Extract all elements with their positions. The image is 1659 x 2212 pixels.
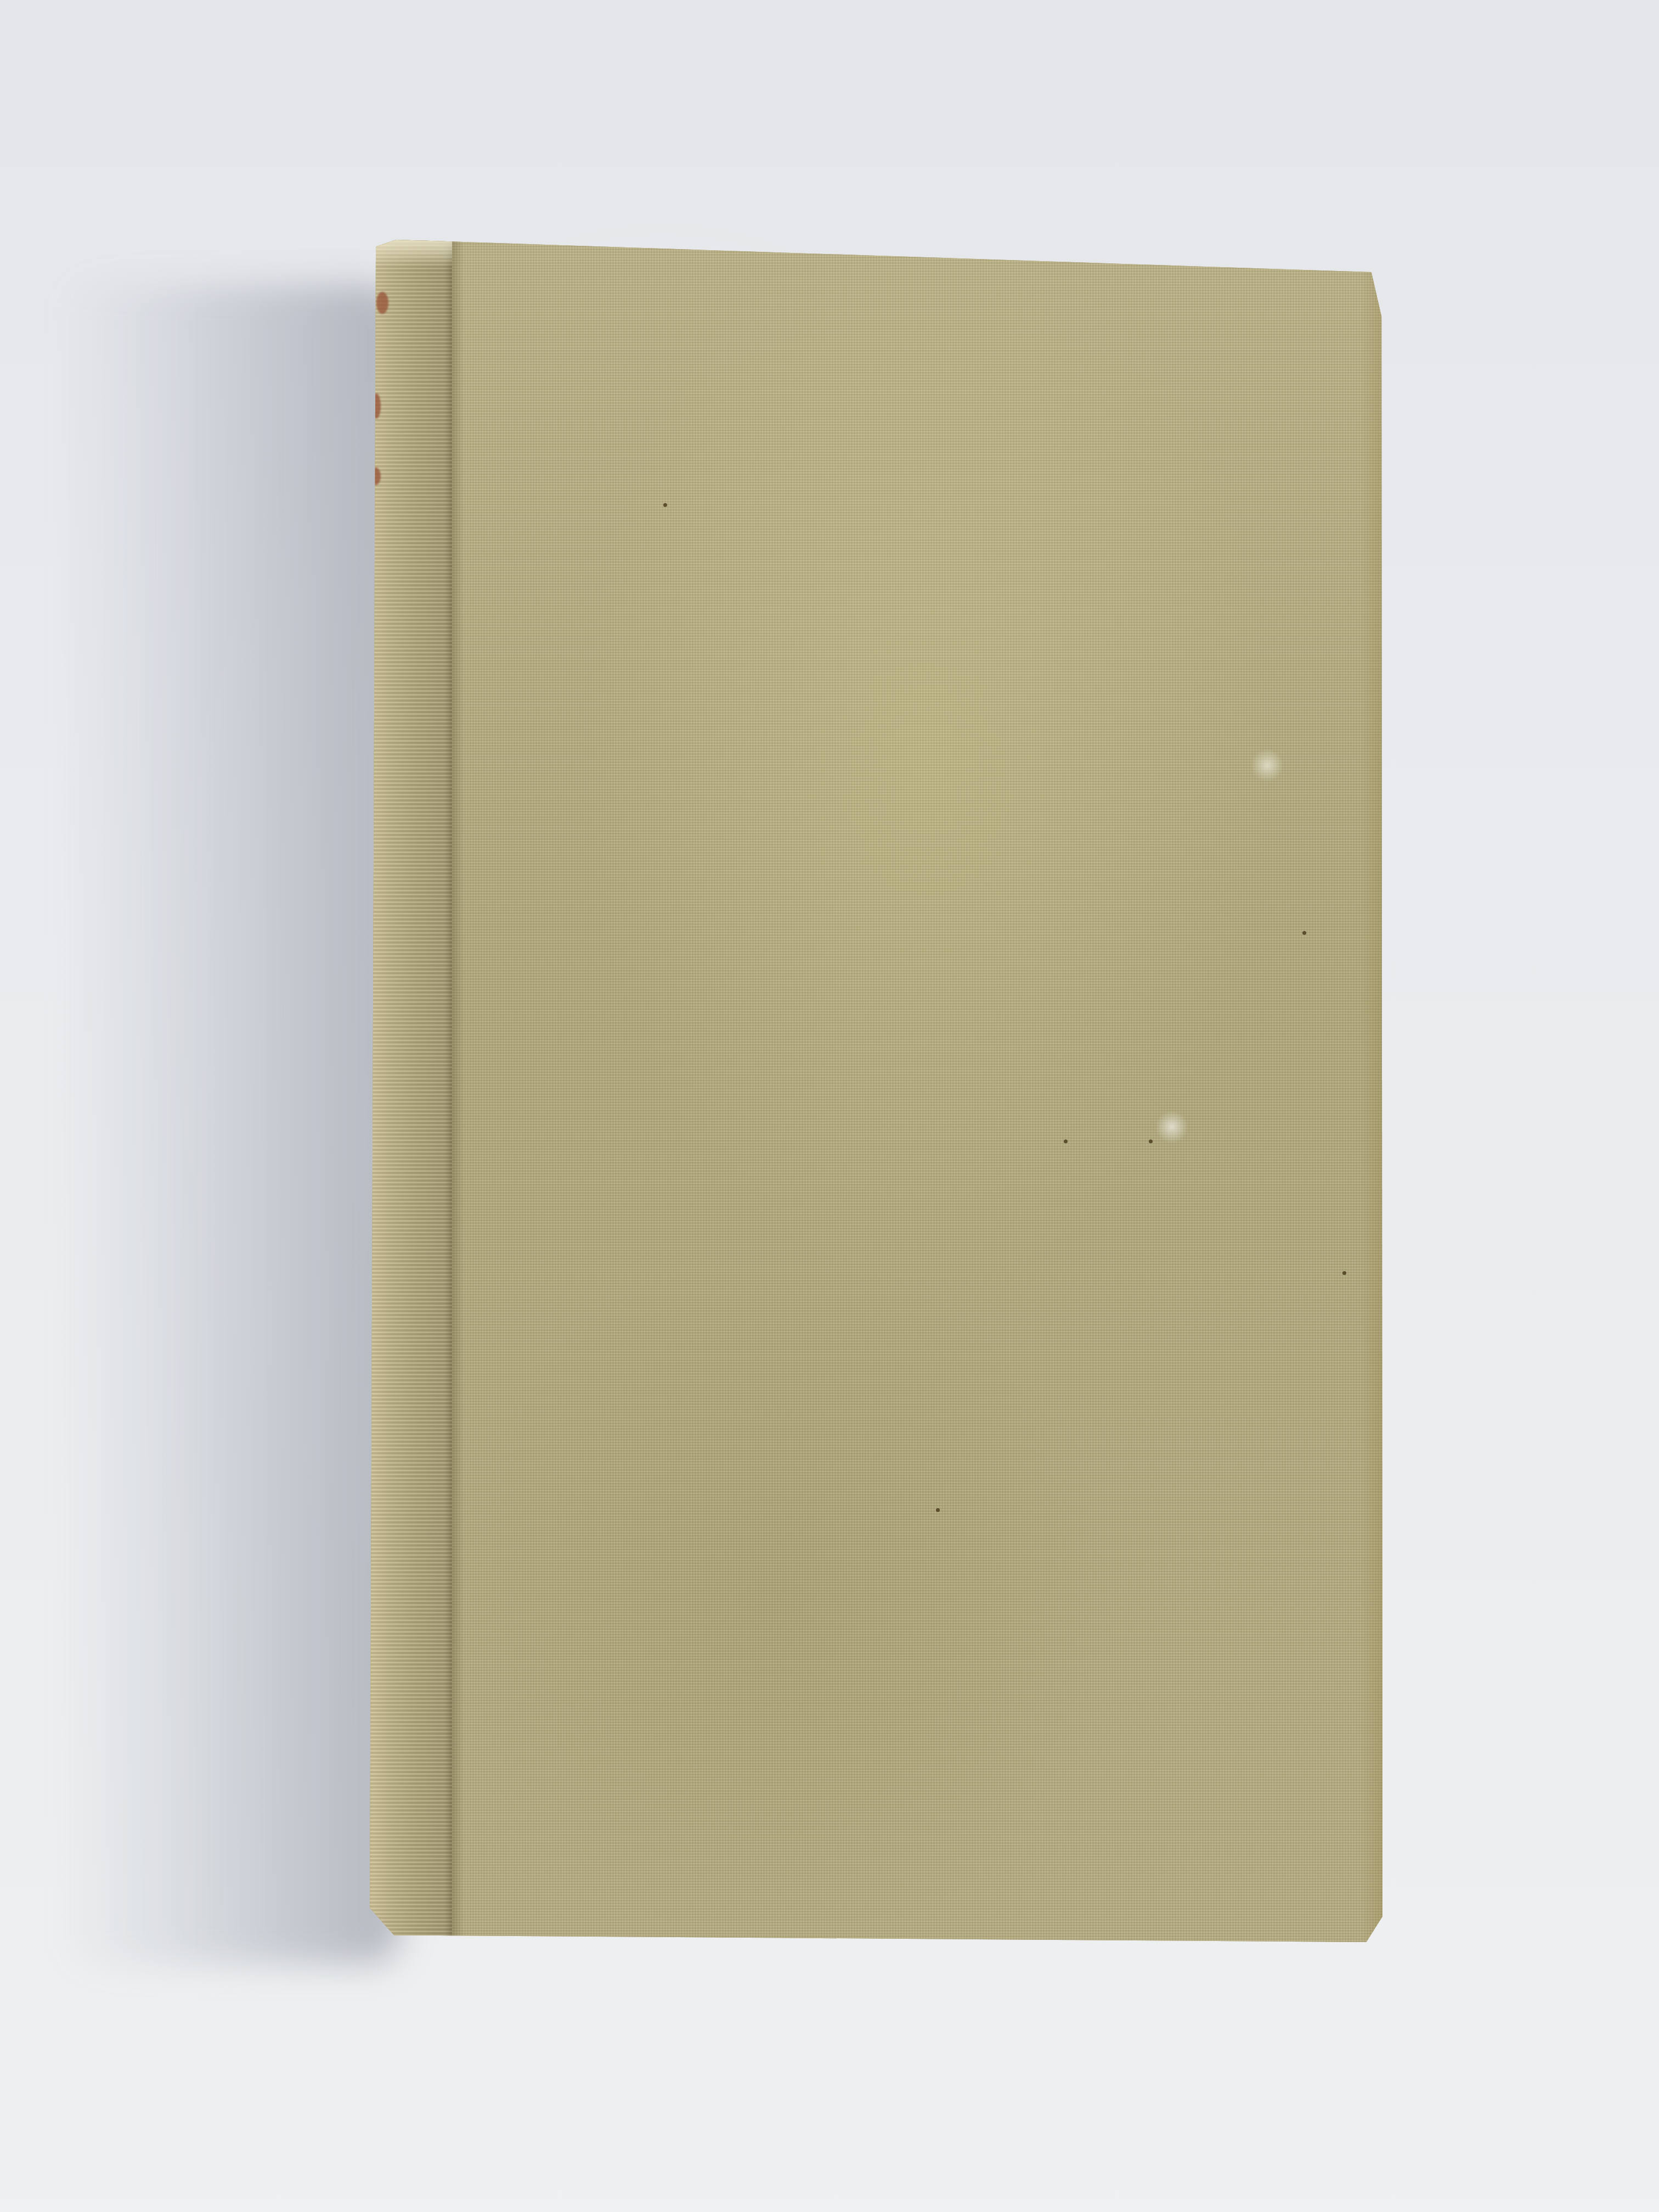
- book-spine: [370, 240, 452, 1944]
- white-spot-stain: [1251, 749, 1284, 782]
- faded-spine-lettering: [376, 292, 388, 314]
- dark-speck: [1342, 1271, 1346, 1275]
- white-spot-stain: [1155, 1110, 1188, 1143]
- spine-hinge: [452, 240, 464, 1944]
- dark-speck: [663, 503, 667, 507]
- dark-speck: [1064, 1139, 1068, 1143]
- dark-speck: [1302, 931, 1306, 935]
- cloth-bound-book: [370, 240, 1383, 1944]
- book-shadow: [60, 285, 400, 1964]
- cover-edge-wear: [1361, 240, 1383, 1944]
- dark-speck: [936, 1508, 940, 1512]
- dark-speck: [1149, 1139, 1153, 1143]
